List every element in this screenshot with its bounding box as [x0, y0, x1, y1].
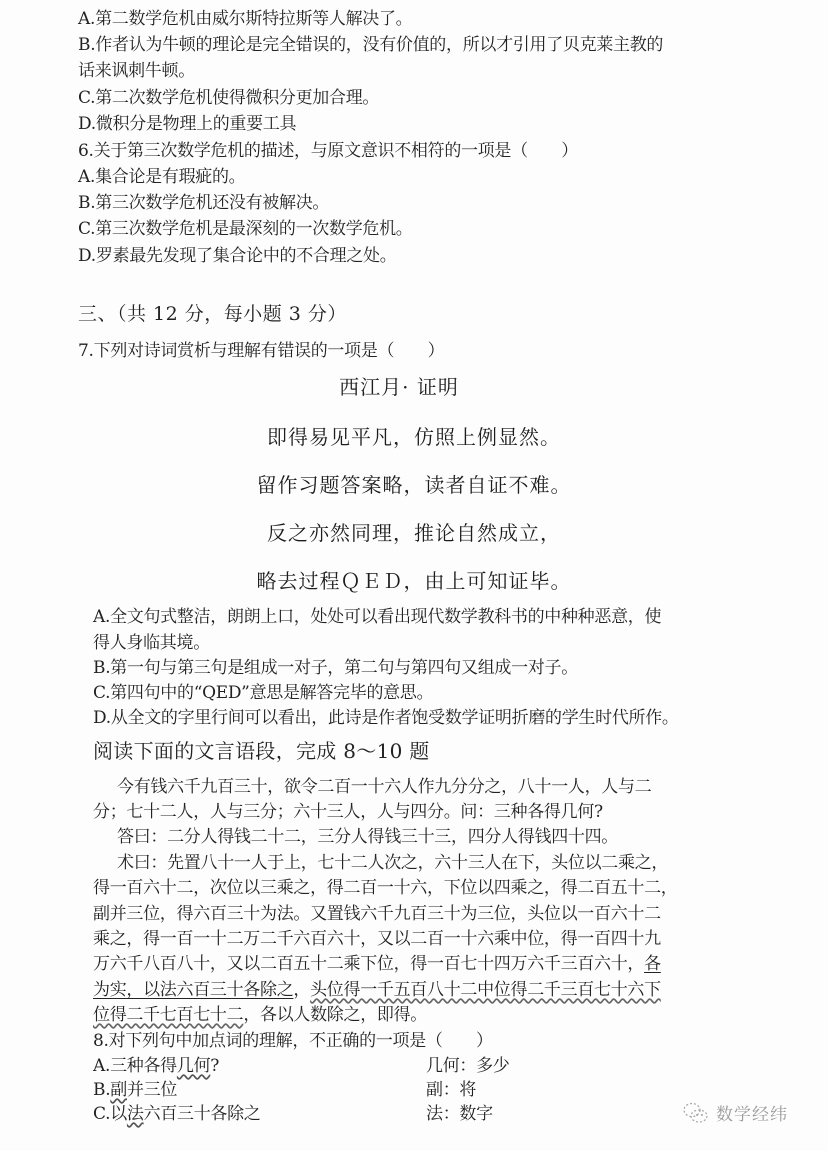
q8-option-a: A.三种各得几何? 几何：多少 [93, 1055, 793, 1077]
q5-option-a: A.第二数学危机由威尔斯特拉斯等人解决了。 [78, 8, 412, 30]
passage-p1-line1: 今有钱六千九百三十，欲令二百一十六人作九分分之，八十一人，人与二 [117, 776, 651, 798]
q6-option-c: C.第三次数学危机是最深刻的一次数学危机。 [78, 218, 413, 240]
option-text: B. [93, 1080, 110, 1100]
watermark-text: 数学经纬 [716, 1100, 788, 1125]
option-gloss: 法：数字 [426, 1103, 493, 1125]
passage-p3-line3: 副并三位，得六百三十为法。又置钱六千九百三十为三位，头位以一百六十二 [93, 903, 661, 925]
passage-p2: 答曰：二分人得钱二十二，三分人得钱三十三，四分人得钱四十四。 [117, 826, 618, 848]
reading-heading: 阅读下面的文言语段，完成 8～10 题 [93, 740, 430, 762]
option-gloss: 副：将 [426, 1079, 476, 1101]
marked-word: 法 [127, 1104, 144, 1124]
poem-line-2: 留作习题答案略，读者自证不难。 [0, 472, 828, 498]
watermark: 数学经纬 [682, 1100, 788, 1125]
option-text: C.以 [93, 1104, 127, 1124]
option-gloss: 几何：多少 [426, 1055, 510, 1077]
option-text: ? [210, 1056, 219, 1076]
underlined-text: 为实，以法六百三十各除之 [93, 980, 293, 1000]
passage-p3-line1: 术曰：先置八十一人于上，七十二人次之，六十三人在下，头位以二乘之， [117, 852, 668, 874]
q5-option-b-line2: 话来讽刺牛顿。 [78, 60, 195, 82]
q5-option-c: C.第二次数学危机使得微积分更加合理。 [78, 87, 379, 109]
poem-line-1: 即得易见平凡，仿照上例显然。 [0, 424, 828, 450]
document-page: A.第二数学危机由威尔斯特拉斯等人解决了。 B.作者认为牛顿的理论是完全错误的，… [0, 0, 828, 1151]
passage-p1-line2: 分；七十二人，人与三分；六十三人，人与四分。问：三种各得几何? [93, 801, 603, 823]
poem-title: 西江月· 证明 [0, 374, 813, 400]
q6-option-a: A.集合论是有瑕疵的。 [78, 166, 245, 188]
marked-word: 副 [110, 1080, 127, 1100]
poem-line-4: 略去过程ＱＥＤ，由上可知证毕。 [0, 568, 828, 594]
option-text: 并三位 [127, 1080, 177, 1100]
passage-p3-line5: 万六千八百八十，又以二百五十二乘下位，得一百七十四万六千三百六十，各 [93, 953, 661, 975]
underlined-text: 位得二千七百七十二 [93, 1005, 243, 1025]
passage-p3-line2: 得一百六十二，次位以三乘之，得二百一十六，下位以四乘之，得二百五十二， [93, 877, 678, 899]
wechat-icon [682, 1101, 710, 1125]
passage-text: ， [293, 980, 310, 1000]
q7-option-d: D.从全文的字里行间可以看出，此诗是作者饱受数学证明折磨的学生时代所作。 [93, 707, 679, 729]
passage-p3-line7: 位得二千七百七十二，各以人数除之，即得。 [93, 1004, 427, 1026]
q7-stem: 7.下列对诗词赏析与理解有错误的一项是（ ） [78, 340, 444, 362]
q7-option-b: B.第一句与第三句是组成一对子，第二句与第四句又组成一对子。 [93, 657, 578, 679]
option-text: 六百三十各除之 [144, 1104, 261, 1124]
q6-option-b: B.第三次数学危机还没有被解决。 [78, 192, 329, 214]
q6-stem: 6.关于第三次数学危机的描述，与原文意识不相符的一项是（ ） [78, 140, 578, 162]
passage-text: ，各以人数除之，即得。 [243, 1005, 427, 1025]
q5-option-b-line1: B.作者认为牛顿的理论是完全错误的，没有价值的，所以才引用了贝克莱主教的 [78, 34, 663, 56]
underlined-text: 头位得一千五百八十二中位得二千三百七十六下 [310, 980, 661, 1000]
q7-option-a-line1: A.全文句式整洁，朗朗上口，处处可以看出现代数学教科书的中种种恶意，使 [93, 606, 661, 628]
marked-word: 几何 [177, 1056, 210, 1076]
passage-text: 万六千八百八十，又以二百五十二乘下位，得一百七十四万六千三百六十， [93, 954, 644, 974]
option-text: A.三种各得 [93, 1056, 177, 1076]
passage-p3-line4: 乘之，得一百一十二万二千六百六十，又以二百一十六乘中位，得一百四十九 [93, 928, 661, 950]
section-heading: 三、（共 12 分，每小题 3 分） [78, 303, 347, 325]
poem-line-3: 反之亦然同理，推论自然成立， [0, 520, 828, 546]
q7-option-a-line2: 得人身临其境。 [93, 632, 210, 654]
q8-option-b: B.副并三位 副：将 [93, 1079, 793, 1101]
q5-option-d: D.微积分是物理上的重要工具 [78, 113, 296, 135]
passage-p3-line6: 为实，以法六百三十各除之，头位得一千五百八十二中位得二千三百七十六下 [93, 979, 661, 1001]
underlined-text: 各 [644, 954, 661, 974]
q6-option-d: D.罗素最先发现了集合论中的不合理之处。 [78, 245, 396, 267]
q8-stem: 8.对下列句中加点词的理解，不正确的一项是（ ） [93, 1030, 493, 1052]
q7-option-c: C.第四句中的“QED”意思是解答完毕的意思。 [93, 682, 433, 704]
